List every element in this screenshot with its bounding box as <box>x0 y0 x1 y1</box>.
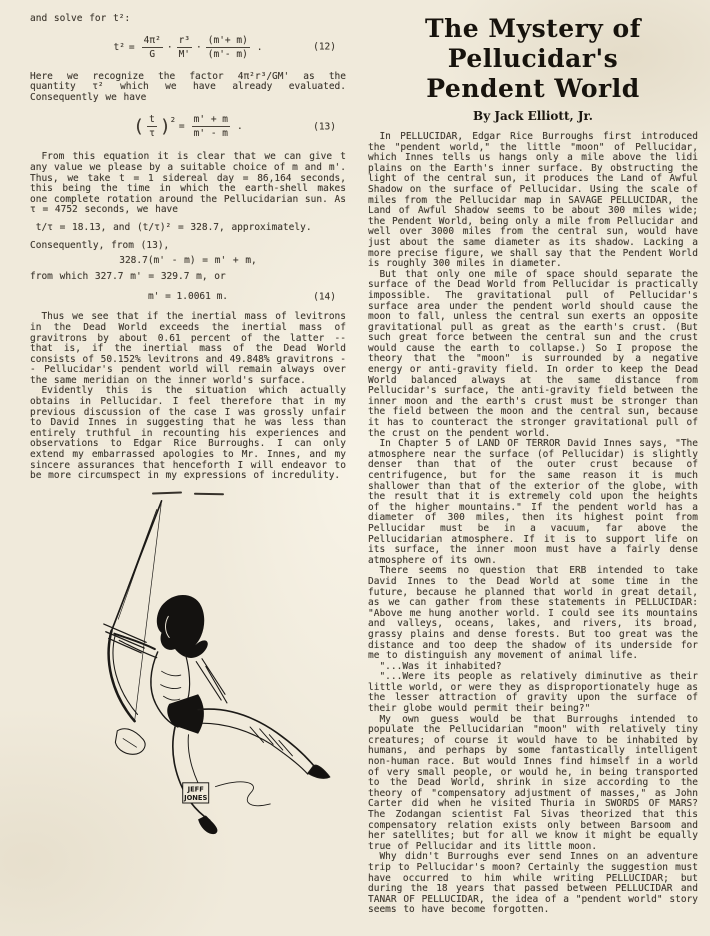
fraction-3-denominator: (m'- m) <box>206 48 250 60</box>
multiplication-dot: · <box>196 42 202 53</box>
exponent: 2 <box>171 115 175 126</box>
divider-dash <box>152 491 182 494</box>
fraction-3: (m'+ m)(m'- m) <box>206 35 250 60</box>
fraction-1-denominator: G <box>142 48 163 60</box>
section-divider <box>30 492 346 494</box>
equation-14-body: m' = 1.0061 m. <box>148 291 228 302</box>
article-paragraph-7: My own guess would be that Burroughs int… <box>368 715 698 853</box>
right-paren: ) <box>160 122 171 132</box>
signature-line-1: JEFF <box>187 785 205 793</box>
left-column: and solve for t²: t² = 4π²G · r³M' · (m'… <box>0 0 352 936</box>
article-paragraph-8: Why didn't Burroughs ever send Innes on … <box>368 852 698 916</box>
rhs-denominator: m' - m <box>192 127 230 139</box>
paragraph-thus: Thus we see that if the inertial mass of… <box>30 312 346 386</box>
equation-number-13: (13) <box>313 121 336 132</box>
eq12-lhs: t² <box>113 42 124 53</box>
article-paragraph-4: There seems no question that ERB intende… <box>368 566 698 661</box>
equation-12-body: t² = 4π²G · r³M' · (m'+ m)(m'- m) . <box>113 35 262 60</box>
article-paragraph-6: "...Were its people as relatively diminu… <box>368 672 698 714</box>
divider-dash <box>194 493 224 496</box>
equation-14: m' = 1.0061 m. (14) <box>30 291 346 302</box>
inline-equation: t/τ = 18.13, and (t/τ)² = 328.7, approxi… <box>30 223 346 234</box>
artist-signature: JEFF JONES <box>183 783 209 803</box>
from-which-line: from which 327.7 m' = 329.7 m, or <box>30 272 346 283</box>
rhs-numerator: m' + m <box>192 114 230 127</box>
article-column: The Mystery of Pellucidar's Pendent Worl… <box>352 0 710 936</box>
title-line-2: Pendent World <box>368 74 698 104</box>
article-paragraph-3: In Chapter 5 of LAND OF TERROR David Inn… <box>368 439 698 566</box>
fraction-3-numerator: (m'+ m) <box>206 35 250 48</box>
fraction-2-denominator: M' <box>177 48 192 60</box>
byline: By Jack Elliott, Jr. <box>368 109 698 123</box>
solve-line: and solve for t²: <box>30 14 346 25</box>
equals-sign: = <box>179 121 185 132</box>
article-paragraph-2: But that only one mile of space should s… <box>368 270 698 440</box>
equation-balance: 328.7(m' - m) = m' + m, <box>30 256 346 267</box>
fraction-2: r³M' <box>177 35 192 60</box>
equation-13-body: ( tτ ) 2 = m' + mm' - m . <box>133 114 242 139</box>
warrior-sketch: JEFF JONES <box>56 498 346 854</box>
lhs-fraction: tτ <box>147 114 157 139</box>
paragraph-evidently: Evidently this is the situation which ac… <box>30 386 346 481</box>
fraction-1-numerator: 4π² <box>142 35 163 48</box>
rhs-fraction: m' + mm' - m <box>192 114 230 139</box>
left-paren: ( <box>133 122 144 132</box>
equals-sign: = <box>129 42 135 53</box>
equation-12: t² = 4π²G · r³M' · (m'+ m)(m'- m) . (12) <box>30 35 346 60</box>
scanned-page: and solve for t²: t² = 4π²G · r³M' · (m'… <box>0 0 710 936</box>
article-title: The Mystery of Pellucidar's Pendent Worl… <box>368 14 698 104</box>
paragraph-recognize: Here we recognize the factor 4π²r³/GM' a… <box>30 72 346 104</box>
title-line-1: The Mystery of Pellucidar's <box>368 14 698 74</box>
lhs-numerator: t <box>147 114 157 127</box>
consequently-line: Consequently, from (13), <box>30 241 346 252</box>
signature-line-2: JONES <box>183 794 207 802</box>
equation-number-14: (14) <box>313 291 336 302</box>
lhs-denominator: τ <box>147 127 157 139</box>
equation-period: . <box>257 42 263 53</box>
illustration: JEFF JONES <box>56 498 346 858</box>
fraction-2-numerator: r³ <box>177 35 192 48</box>
article-paragraph-1: In PELLUCIDAR, Edgar Rice Burroughs firs… <box>368 132 698 270</box>
equation-13: ( tτ ) 2 = m' + mm' - m . (13) <box>30 114 346 139</box>
paragraph-from-equation: From this equation it is clear that we c… <box>30 152 346 216</box>
equation-number-12: (12) <box>313 42 336 53</box>
fraction-1: 4π²G <box>142 35 163 60</box>
multiplication-dot: · <box>167 42 173 53</box>
equation-period: . <box>237 121 243 132</box>
